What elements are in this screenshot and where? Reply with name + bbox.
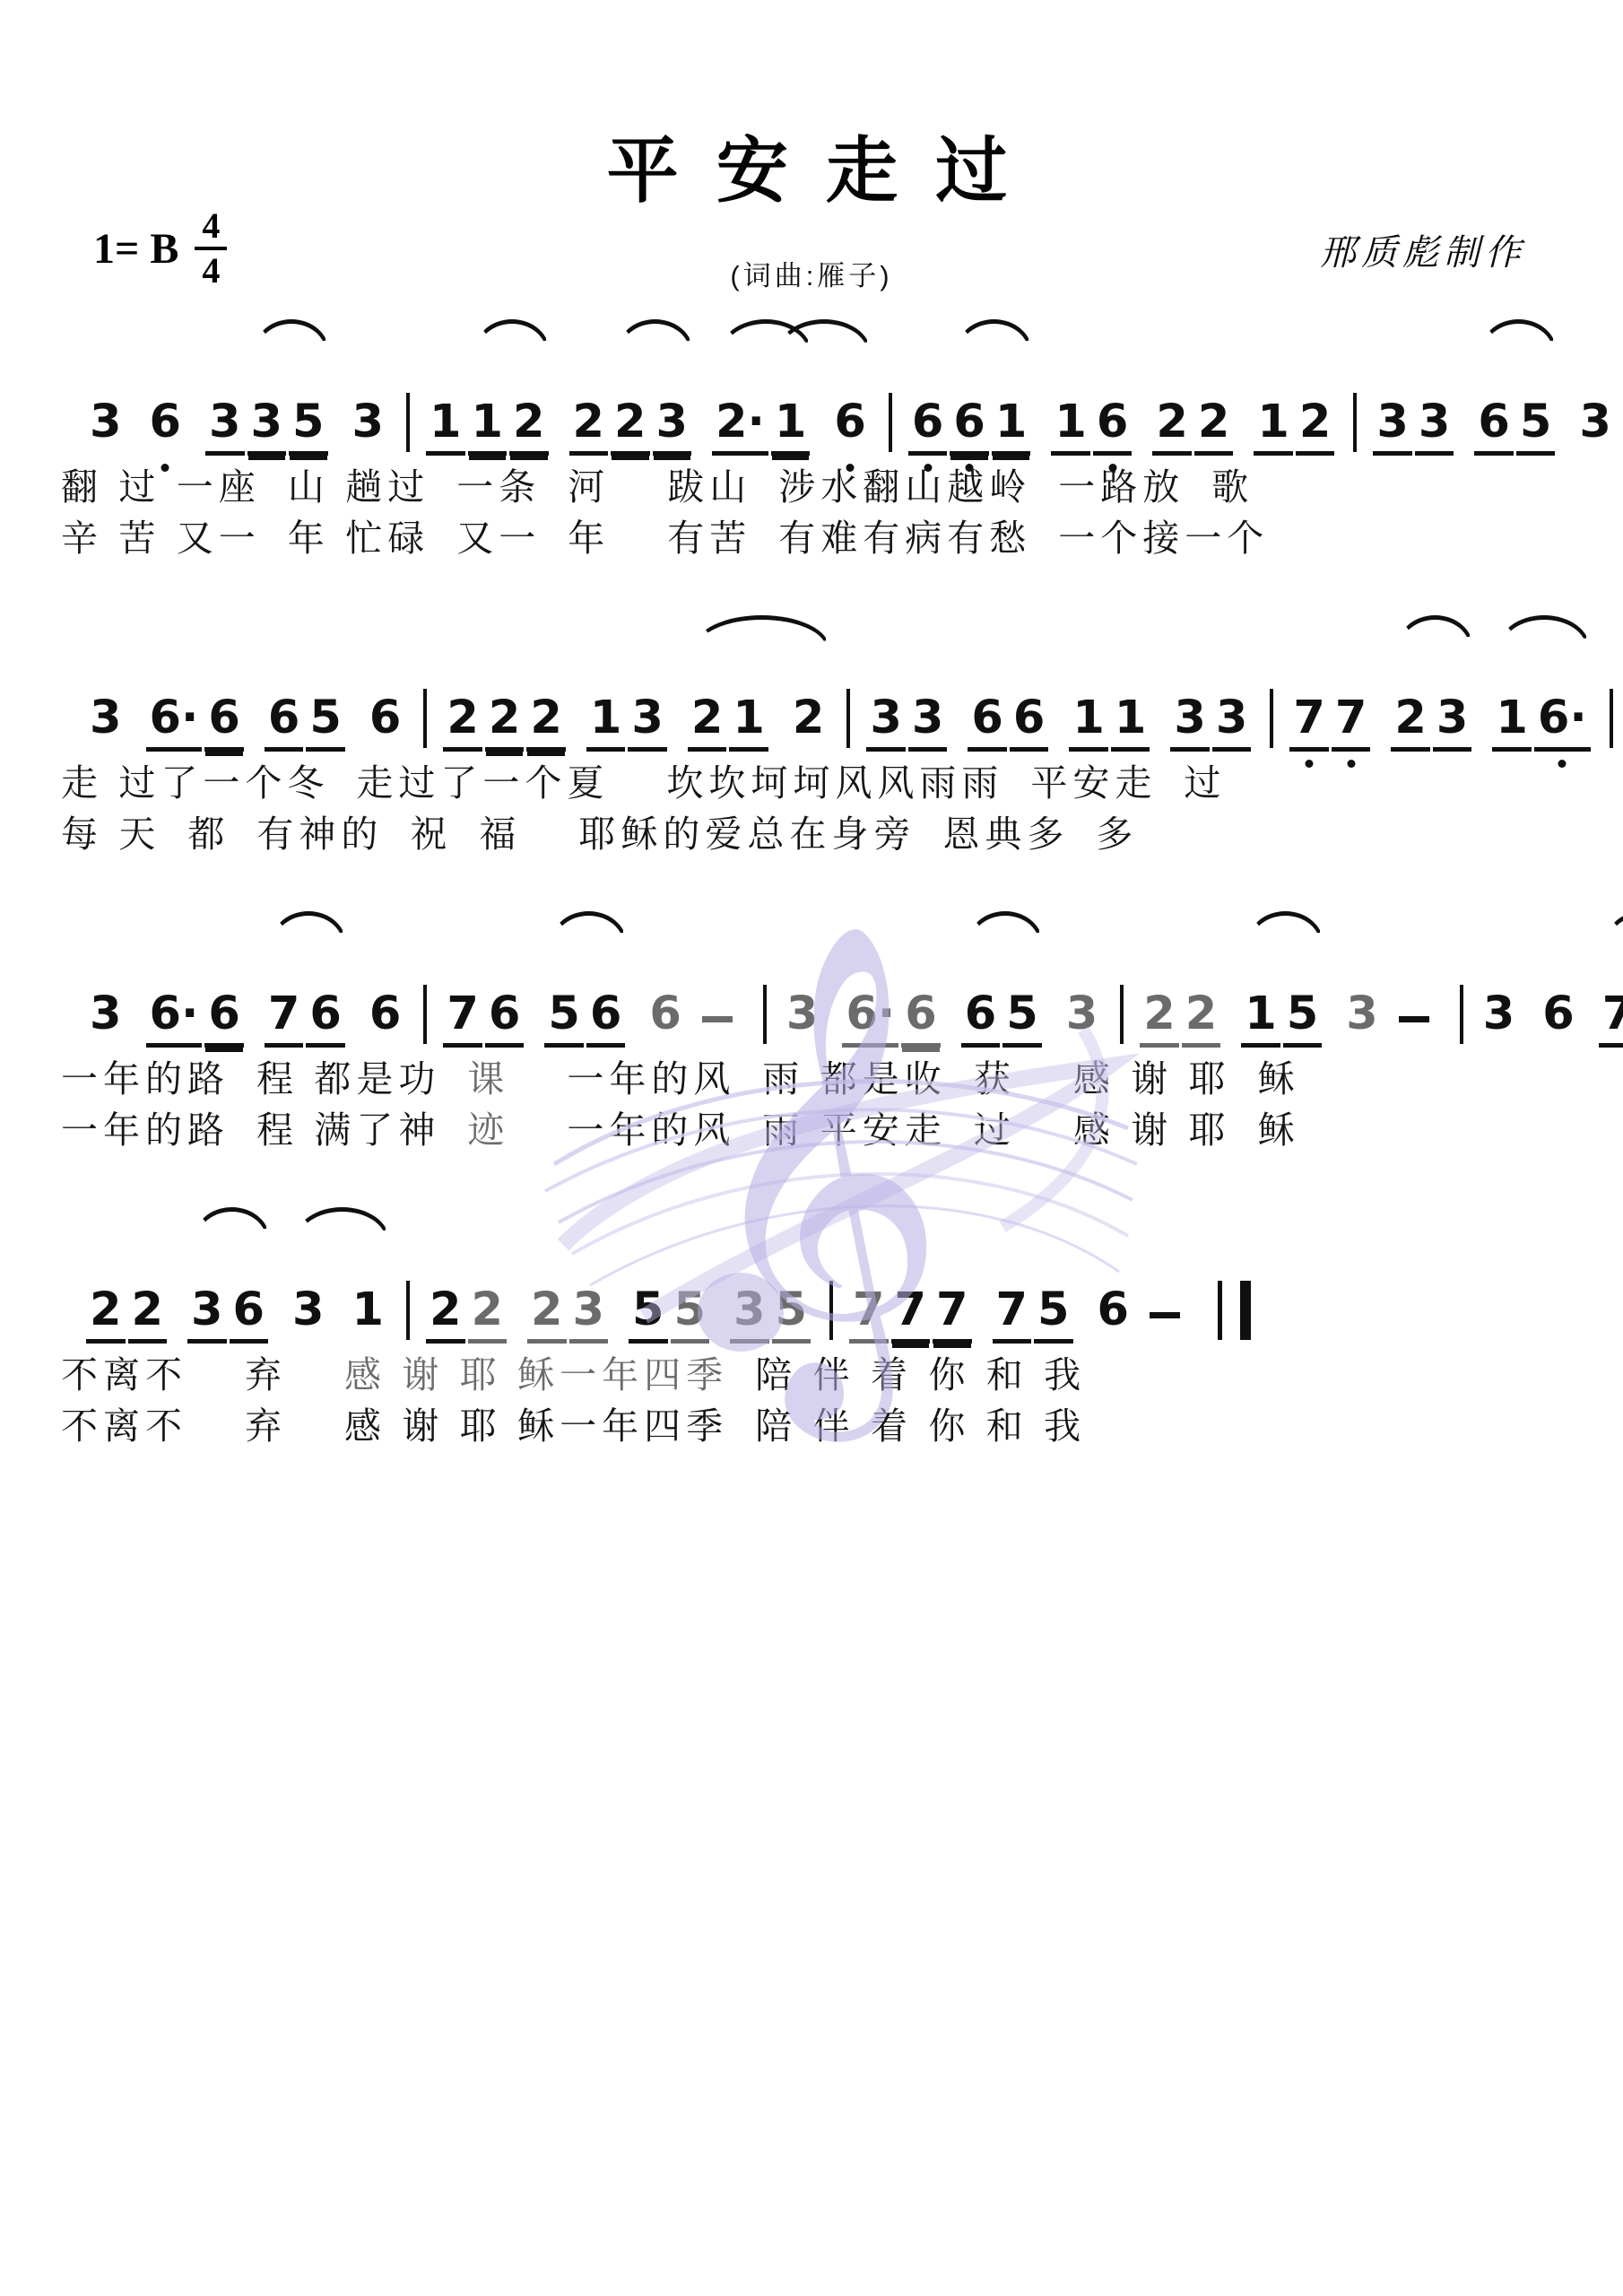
note-token: 3	[908, 695, 948, 752]
slur-arc	[617, 319, 694, 352]
note-token: 2	[128, 1287, 168, 1344]
lyric-segment: 福	[479, 810, 521, 859]
lyric-segment: 感 谢 耶 稣一年四季	[344, 1351, 728, 1400]
note-token: 6	[366, 695, 405, 752]
note-row: 3633531122232·1666116221233653	[86, 316, 1566, 456]
key-text: 1= B	[93, 224, 178, 274]
note-token: 2	[526, 695, 566, 752]
barline	[1270, 689, 1273, 748]
note-token: 3	[187, 1287, 227, 1344]
lyric-segment: 感 谢 耶	[1073, 1106, 1231, 1155]
slur-arc	[720, 319, 811, 352]
note-token: 7	[993, 1287, 1032, 1344]
note-token: 6·	[842, 991, 898, 1048]
note-token: 6	[646, 991, 685, 1048]
note-token: 6	[950, 399, 989, 456]
slur-arc	[1605, 911, 1623, 944]
note-token: 5	[289, 399, 328, 456]
lyric-segment: 弃	[245, 1402, 287, 1451]
note-token: 2	[1152, 399, 1192, 456]
barline	[846, 689, 850, 748]
lyric-line-verse2: 辛 苦 又一年 忙碌又一年有苦有难有病有愁一个接一个	[61, 514, 1566, 563]
note-token: 6	[485, 991, 525, 1048]
note-token: 5	[1034, 1287, 1073, 1344]
meter-numerator: 4	[202, 208, 220, 244]
note-token: 6	[901, 991, 941, 1048]
lyric-segment: 坎坎坷坷风风雨雨	[666, 759, 1003, 808]
barline	[1460, 985, 1463, 1044]
note-token: 3	[1342, 991, 1382, 1048]
note-token: 2	[426, 1287, 465, 1344]
lyric-segment: 平安走	[1030, 759, 1157, 808]
slur-arc	[777, 319, 872, 352]
lyric-segment: 都	[187, 810, 230, 859]
note-token: 1	[729, 695, 768, 752]
barline	[406, 1281, 410, 1340]
slur-arc	[271, 911, 347, 944]
lyric-segment: 年	[568, 514, 610, 563]
note-token: 7	[1289, 695, 1329, 752]
note-row: 36·66562221321233661133772316·	[86, 612, 1566, 752]
lyric-segment: 程 都是功	[256, 1055, 440, 1104]
note-token: 3	[866, 695, 906, 752]
music-line-2: 36·66562221321233661133772316·走 过了一个冬走过了…	[86, 612, 1566, 860]
note-token: 3	[289, 1287, 328, 1344]
duration-dash	[702, 1016, 733, 1022]
note-token: 3	[1212, 695, 1252, 752]
lyric-line-verse1: 翻 过 一座山 趟过一条河跋山涉水翻山越岭一路放歌	[61, 463, 1566, 512]
note-token: 1	[771, 399, 811, 456]
note-token: 7	[933, 1287, 972, 1344]
duration-dash	[1399, 1016, 1429, 1022]
note-token: 2·	[712, 399, 768, 456]
lyric-segment: 一条	[456, 463, 541, 512]
note-token: 3	[1575, 399, 1615, 456]
slur-arc	[1498, 615, 1590, 648]
note-token: 6·	[146, 695, 203, 752]
music-line-4: 22363122235535777756不离不弃感 谢 耶 稣一年四季陪 伴 着…	[86, 1204, 1566, 1452]
note-token: 3	[628, 695, 667, 752]
music-line-1: 3633531122232·1666116221233653翻 过 一座山 趟过…	[86, 316, 1566, 564]
note-token: 2	[443, 695, 482, 752]
note-token: 3	[205, 399, 245, 456]
note-token: 2	[509, 399, 549, 456]
note-token: 6	[1094, 1287, 1133, 1344]
lyric-segment: 每 天	[61, 810, 161, 859]
final-barline	[1218, 1281, 1251, 1340]
note-token: 3	[1063, 991, 1102, 1048]
note-token: 5	[1516, 399, 1556, 456]
lyric-segment: 恩典多	[942, 810, 1069, 859]
note-token: 2	[611, 399, 650, 456]
lyric-line-verse1: 不离不弃感 谢 耶 稣一年四季陪 伴 着 你 和 我	[61, 1351, 1566, 1400]
note-token: 6	[366, 991, 405, 1048]
lyric-segment: 涉水翻山越岭	[778, 463, 1031, 512]
note-token: 1	[1069, 695, 1108, 752]
lyric-segment: 过	[1184, 759, 1226, 808]
note-token: 6	[586, 991, 626, 1048]
barline	[1120, 985, 1124, 1044]
note-token: 7	[849, 1287, 889, 1344]
slur-arc	[295, 1207, 390, 1240]
slur-arc	[551, 911, 628, 944]
lyric-segment: 一年的风	[567, 1106, 735, 1155]
lyric-segment: 山 趟过	[288, 463, 430, 512]
meter-denominator: 4	[202, 253, 220, 289]
lyric-segment: 过	[974, 1106, 1016, 1155]
note-token: 6	[968, 695, 1007, 752]
note-token: 1	[586, 695, 626, 752]
lyric-line-verse1: 走 过了一个冬走过了一个夏坎坎坷坷风风雨雨平安走过	[61, 759, 1566, 808]
slur-arc	[694, 615, 830, 648]
lyric-segment: 有神的	[256, 810, 383, 859]
note-token: 6	[908, 399, 948, 456]
lyric-segment: 程 满了神	[256, 1106, 440, 1155]
note-token: 2	[86, 1287, 126, 1344]
note-token: 6	[204, 695, 244, 752]
note-token: 6·	[1534, 695, 1591, 752]
note-token: 7	[1599, 991, 1623, 1048]
note-token: 6	[1010, 695, 1049, 752]
lyric-segment: 走 过了一个冬	[61, 759, 329, 808]
lyric-segment: 跋山	[667, 463, 751, 512]
lyric-segment: 一路放	[1058, 463, 1185, 512]
lyricist-composer: (词曲:雁子)	[730, 253, 892, 293]
note-token: 6	[306, 991, 345, 1048]
note-token: 3	[1415, 399, 1454, 456]
note-token: 5	[306, 695, 345, 752]
note-row: 36·67667656636·66532215336766	[86, 908, 1566, 1048]
lyric-segment: 耶稣的爱总在身旁	[578, 810, 916, 859]
lyric-segment: 弃	[245, 1351, 287, 1400]
lyric-segment: 有难有病有愁	[778, 514, 1031, 563]
note-token: 1	[426, 399, 465, 456]
lyric-segment: 河	[568, 463, 610, 512]
note-token: 1	[349, 1287, 388, 1344]
note-token: 7	[1332, 695, 1371, 752]
lyric-segment: 稣	[1258, 1055, 1300, 1104]
lyric-segment: 感 谢 耶	[1073, 1055, 1231, 1104]
lyric-line-verse2: 每 天都有神的祝福耶稣的爱总在身旁恩典多多	[61, 810, 1566, 859]
note-token: 6	[1474, 399, 1514, 456]
note-token: 7	[265, 991, 304, 1048]
slur-arc	[1480, 319, 1558, 352]
note-token: 5	[544, 991, 584, 1048]
note-token: 7	[443, 991, 482, 1048]
note-token: 3	[653, 399, 692, 456]
lyric-segment: 迹	[467, 1106, 509, 1155]
note-token: 1	[1492, 695, 1532, 752]
note-token: 1	[1254, 399, 1293, 456]
note-token: 6	[961, 991, 1001, 1048]
note-token: 1	[468, 399, 508, 456]
note-token: 2	[468, 1287, 508, 1344]
note-token: 6·	[146, 991, 203, 1048]
note-token: 3	[1373, 399, 1412, 456]
barline	[423, 689, 427, 748]
barline	[423, 985, 427, 1044]
slur-arc	[254, 319, 330, 352]
lyric-segment: 感 谢 耶 稣一年四季	[344, 1402, 728, 1451]
slur-arc	[474, 319, 551, 352]
barline	[829, 1281, 833, 1340]
lyric-segment: 翻 过 一座	[61, 463, 261, 512]
duration-dash	[1150, 1312, 1180, 1318]
lyric-segment: 有苦	[667, 514, 751, 563]
barline	[1610, 689, 1613, 748]
note-token: 3	[1170, 695, 1210, 752]
lyric-segment: 一年的路	[61, 1106, 230, 1155]
note-token: 6	[230, 1287, 269, 1344]
lyric-segment: 祝	[410, 810, 452, 859]
note-token: 3	[1480, 991, 1519, 1048]
note-token: 2	[688, 695, 727, 752]
note-token: 2	[527, 1287, 567, 1344]
note-token: 6	[1539, 991, 1578, 1048]
note-token: 2	[1296, 399, 1335, 456]
note-token: 6	[1093, 399, 1133, 456]
barline	[1353, 393, 1357, 452]
note-token: 6	[146, 399, 186, 456]
lyric-segment: 多	[1096, 810, 1138, 859]
note-token: 5	[1002, 991, 1042, 1048]
note-token: 2	[1194, 399, 1234, 456]
note-token: 1	[1241, 991, 1280, 1048]
lyric-segment: 雨 平安走	[762, 1106, 946, 1155]
note-token: 6	[830, 399, 870, 456]
slur-arc	[194, 1207, 271, 1240]
lyric-segment: 课	[467, 1055, 509, 1104]
note-token: 1	[1111, 695, 1150, 752]
lyric-segment: 获	[974, 1055, 1016, 1104]
note-token: 2	[569, 399, 609, 456]
lyric-line-verse2: 不离不弃感 谢 耶 稣一年四季陪 伴 着 你 和 我	[61, 1402, 1566, 1451]
lyric-segment: 稣	[1258, 1106, 1300, 1155]
note-token: 6	[265, 695, 304, 752]
lyric-line-verse2: 一年的路程 满了神迹一年的风雨 平安走过感 谢 耶稣	[61, 1106, 1566, 1155]
note-token: 3	[730, 1287, 769, 1344]
note-token: 1	[992, 399, 1031, 456]
note-token: 3	[86, 695, 126, 752]
note-token: 1	[1051, 399, 1090, 456]
lyric-segment: 又一	[456, 514, 541, 563]
note-token: 6	[204, 991, 244, 1048]
slur-arc	[1397, 615, 1474, 648]
barline	[406, 393, 410, 452]
note-token: 3	[349, 399, 388, 456]
key-signature: 1= B 4 4	[93, 208, 227, 289]
lyric-segment: 一个接一个	[1058, 514, 1269, 563]
note-token: 2	[1140, 991, 1179, 1048]
slur-arc	[956, 319, 1033, 352]
lyric-segment: 辛 苦 又一	[61, 514, 261, 563]
lyric-segment: 走过了一个夏	[356, 759, 609, 808]
note-token: 2	[789, 695, 829, 752]
note-token: 3	[1433, 695, 1472, 752]
slur-arc	[968, 911, 1044, 944]
note-token: 2	[1391, 695, 1430, 752]
arranger-credit: 邢质彪制作	[1320, 224, 1526, 275]
barline	[763, 985, 767, 1044]
lyric-segment: 不离不	[61, 1351, 187, 1400]
note-token: 5	[1283, 991, 1323, 1048]
note-token: 5	[629, 1287, 668, 1344]
lyric-segment: 陪 伴 着 你 和 我	[755, 1351, 1086, 1400]
lyric-segment: 歌	[1211, 463, 1254, 512]
lyric-segment: 雨 都是收	[762, 1055, 946, 1104]
slur-arc	[1247, 911, 1324, 944]
lyric-segment: 陪 伴 着 你 和 我	[755, 1402, 1086, 1451]
barline	[889, 393, 892, 452]
time-signature: 4 4	[195, 208, 227, 289]
note-token: 3	[783, 991, 822, 1048]
note-token: 7	[891, 1287, 931, 1344]
music-line-3: 36·67667656636·66532215336766一年的路程 都是功课一…	[86, 908, 1566, 1156]
note-row: 22363122235535777756	[86, 1204, 1566, 1344]
note-token: 2	[485, 695, 525, 752]
note-token: 3	[86, 991, 126, 1048]
lyric-segment: 不离不	[61, 1402, 187, 1451]
song-title: 平 安 走 过	[0, 113, 1623, 216]
lyric-line-verse1: 一年的路程 都是功课一年的风雨 都是收获感 谢 耶稣	[61, 1055, 1566, 1104]
lyric-segment: 年 忙碌	[288, 514, 430, 563]
note-token: 3	[569, 1287, 609, 1344]
note-token: 2	[1182, 991, 1221, 1048]
note-token: 3	[86, 399, 126, 456]
note-token: 5	[772, 1287, 811, 1344]
sheet-music-page: 平 安 走 过 1= B 4 4 (词曲:雁子) 邢质彪制作 𝄞 3633531…	[0, 0, 1623, 2296]
note-token: 3	[247, 399, 287, 456]
note-token: 5	[671, 1287, 710, 1344]
lyric-segment: 一年的路	[61, 1055, 230, 1104]
lyric-segment: 一年的风	[567, 1055, 735, 1104]
